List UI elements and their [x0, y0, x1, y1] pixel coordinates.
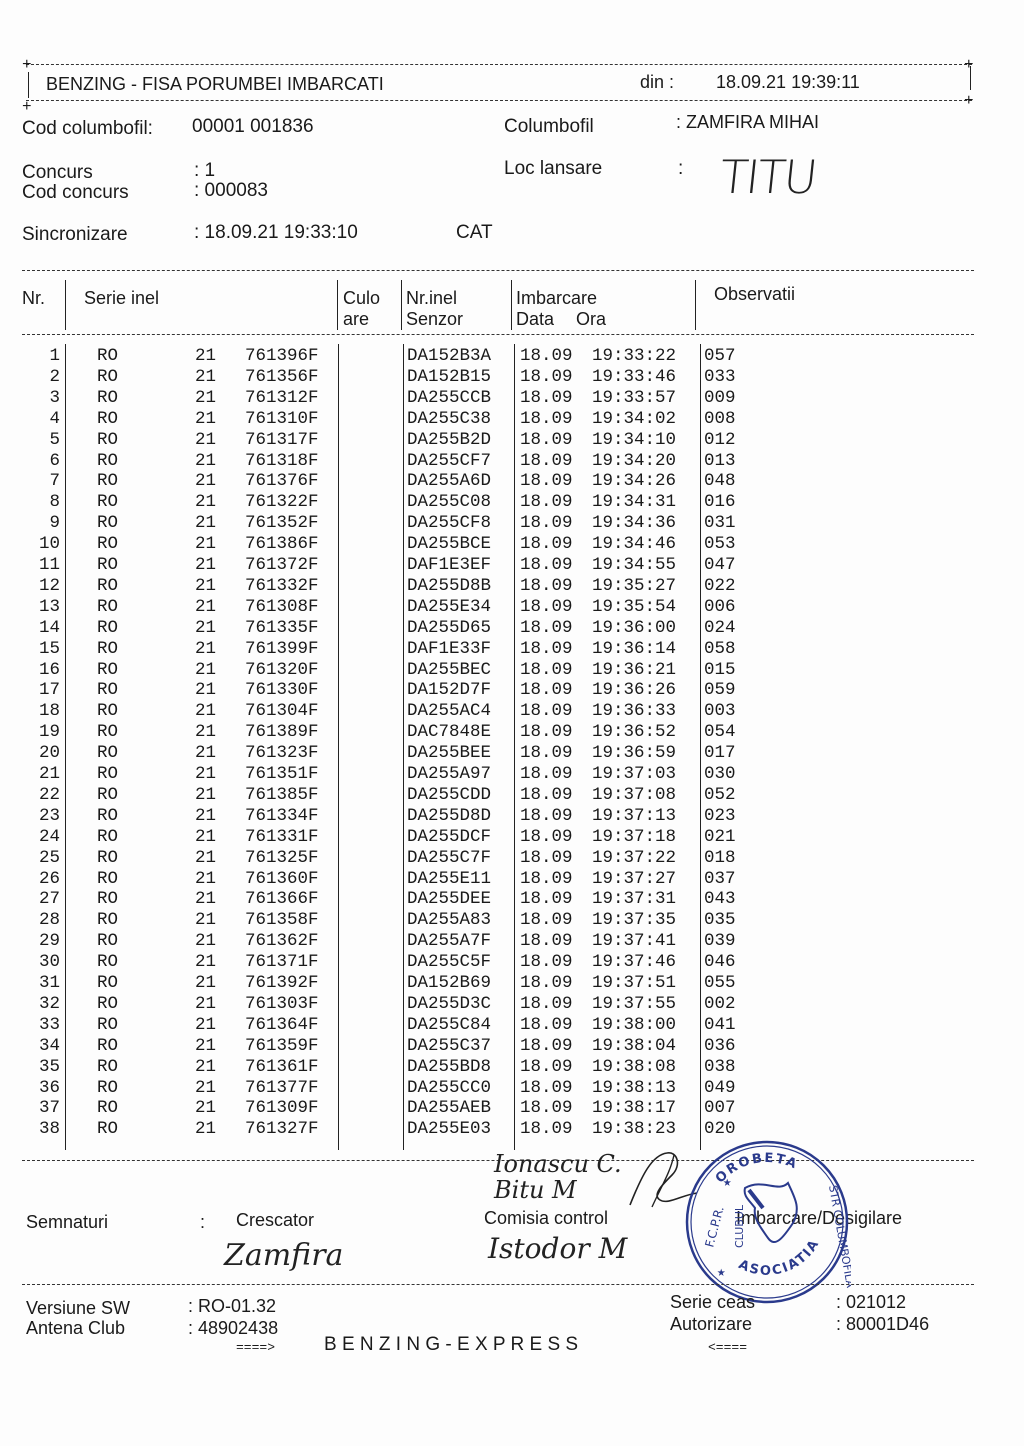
row-ora: 19:38:04: [592, 1036, 676, 1056]
row-data: 18.09: [520, 806, 573, 826]
document-title: BENZING - FISA PORUMBEI IMBARCATI: [46, 74, 384, 95]
table-row: 12 RO 21 761332F DA255D8B 18.09 19:35:27…: [0, 576, 1024, 597]
handwritten-name-3: Istodor M: [488, 1232, 627, 1265]
row-data: 18.09: [520, 952, 573, 972]
row-nr: 36: [0, 1078, 60, 1098]
row-year: 21: [195, 618, 216, 638]
row-year: 21: [195, 701, 216, 721]
row-obs: 058: [704, 639, 736, 659]
row-nr: 37: [0, 1098, 60, 1118]
row-data: 18.09: [520, 994, 573, 1014]
table-row: 27 RO 21 761366F DA255DEE 18.09 19:37:31…: [0, 889, 1024, 910]
table-row: 5 RO 21 761317F DA255B2D 18.09 19:34:10 …: [0, 430, 1024, 451]
row-country: RO: [97, 388, 118, 408]
table-row: 21 RO 21 761351F DA255A97 18.09 19:37:03…: [0, 764, 1024, 785]
row-country: RO: [97, 952, 118, 972]
row-data: 18.09: [520, 576, 573, 596]
row-serie: 761317F: [245, 430, 319, 450]
row-obs: 041: [704, 1015, 736, 1035]
row-nr: 2: [0, 367, 60, 387]
row-obs: 047: [704, 555, 736, 575]
table-row: 38 RO 21 761327F DA255E03 18.09 19:38:23…: [0, 1119, 1024, 1140]
row-serie: 761331F: [245, 827, 319, 847]
table-row: 34 RO 21 761359F DA255C37 18.09 19:38:04…: [0, 1036, 1024, 1057]
row-data: 18.09: [520, 680, 573, 700]
row-nr: 5: [0, 430, 60, 450]
loc-lansare-handwritten: TITU: [717, 150, 818, 204]
table-row: 16 RO 21 761320F DA255BEC 18.09 19:36:21…: [0, 660, 1024, 681]
crescator-signature: Zamfira: [224, 1238, 343, 1273]
row-serie: 761360F: [245, 869, 319, 889]
row-obs: 023: [704, 806, 736, 826]
row-obs: 002: [704, 994, 736, 1014]
table-row: 35 RO 21 761361F DA255BD8 18.09 19:38:08…: [0, 1057, 1024, 1078]
header-top-border: [26, 64, 972, 65]
row-senzor: DA255E34: [407, 597, 491, 617]
row-serie: 761362F: [245, 931, 319, 951]
table-row: 8 RO 21 761322F DA255C08 18.09 19:34:31 …: [0, 492, 1024, 513]
row-country: RO: [97, 597, 118, 617]
table-row: 3 RO 21 761312F DA255CCB 18.09 19:33:57 …: [0, 388, 1024, 409]
table-row: 28 RO 21 761358F DA255A83 18.09 19:37:35…: [0, 910, 1024, 931]
row-data: 18.09: [520, 430, 573, 450]
row-serie: 761320F: [245, 660, 319, 680]
brand-name: B E N Z I N G - E X P R E S S: [324, 1334, 578, 1356]
row-nr: 10: [0, 534, 60, 554]
row-ora: 19:36:26: [592, 680, 676, 700]
row-senzor: DA255B2D: [407, 430, 491, 450]
row-ora: 19:38:08: [592, 1057, 676, 1077]
row-obs: 035: [704, 910, 736, 930]
cod-columbofil-label: Cod columbofil:: [22, 118, 153, 140]
row-ora: 19:37:55: [592, 994, 676, 1014]
row-obs: 059: [704, 680, 736, 700]
table-row: 24 RO 21 761331F DA255DCF 18.09 19:37:18…: [0, 827, 1024, 848]
row-senzor: DA255A83: [407, 910, 491, 930]
row-nr: 6: [0, 451, 60, 471]
row-data: 18.09: [520, 367, 573, 387]
club-stamp-icon: OROBETA ASOCIATIA F.C.P.R. CLUBUL STR CO…: [683, 1138, 851, 1306]
row-ora: 19:34:46: [592, 534, 676, 554]
row-data: 18.09: [520, 1057, 573, 1077]
svg-text:CLUBUL: CLUBUL: [733, 1204, 746, 1248]
sincronizare-label: Sincronizare: [22, 224, 128, 246]
table-row: 33 RO 21 761364F DA255C84 18.09 19:38:00…: [0, 1015, 1024, 1036]
row-nr: 38: [0, 1119, 60, 1139]
row-year: 21: [195, 1119, 216, 1139]
row-nr: 28: [0, 910, 60, 930]
row-nr: 32: [0, 994, 60, 1014]
row-obs: 046: [704, 952, 736, 972]
row-country: RO: [97, 639, 118, 659]
row-nr: 11: [0, 555, 60, 575]
row-country: RO: [97, 973, 118, 993]
row-year: 21: [195, 1036, 216, 1056]
autorizare-value: : 80001D46: [836, 1314, 929, 1335]
row-data: 18.09: [520, 848, 573, 868]
header-left-border: [28, 72, 29, 98]
row-country: RO: [97, 743, 118, 763]
row-serie: 761332F: [245, 576, 319, 596]
row-ora: 19:37:31: [592, 889, 676, 909]
row-ora: 19:36:00: [592, 618, 676, 638]
row-data: 18.09: [520, 639, 573, 659]
row-senzor: DA255D3C: [407, 994, 491, 1014]
row-nr: 8: [0, 492, 60, 512]
row-nr: 34: [0, 1036, 60, 1056]
row-data: 18.09: [520, 555, 573, 575]
row-ora: 19:36:14: [592, 639, 676, 659]
row-obs: 033: [704, 367, 736, 387]
signatures-bottom-border: [22, 1284, 974, 1285]
row-year: 21: [195, 994, 216, 1014]
row-country: RO: [97, 555, 118, 575]
row-ora: 19:37:22: [592, 848, 676, 868]
row-country: RO: [97, 1078, 118, 1098]
row-nr: 16: [0, 660, 60, 680]
row-nr: 15: [0, 639, 60, 659]
row-senzor: DA255A7F: [407, 931, 491, 951]
row-ora: 19:38:00: [592, 1015, 676, 1035]
header-ora: Ora: [576, 309, 606, 330]
col-divider: [511, 280, 512, 330]
row-year: 21: [195, 848, 216, 868]
row-year: 21: [195, 806, 216, 826]
table-row: 9 RO 21 761352F DA255CF8 18.09 19:34:36 …: [0, 513, 1024, 534]
table-row: 37 RO 21 761309F DA255AEB 18.09 19:38:17…: [0, 1098, 1024, 1119]
header-nr-inel: Nr.inel: [406, 288, 457, 309]
row-ora: 19:34:31: [592, 492, 676, 512]
row-ora: 19:34:36: [592, 513, 676, 533]
row-ora: 19:34:10: [592, 430, 676, 450]
row-senzor: DA255C84: [407, 1015, 491, 1035]
row-ora: 19:37:35: [592, 910, 676, 930]
row-country: RO: [97, 367, 118, 387]
row-ora: 19:37:13: [592, 806, 676, 826]
row-serie: 761361F: [245, 1057, 319, 1077]
row-senzor: DA255CDD: [407, 785, 491, 805]
row-obs: 055: [704, 973, 736, 993]
row-serie: 761389F: [245, 722, 319, 742]
loc-lansare-label: Loc lansare: [504, 158, 602, 180]
row-data: 18.09: [520, 701, 573, 721]
row-obs: 036: [704, 1036, 736, 1056]
loc-lansare-colon: :: [678, 158, 683, 180]
table-row: 26 RO 21 761360F DA255E11 18.09 19:37:27…: [0, 869, 1024, 890]
cod-columbofil-value: 00001 001836: [192, 116, 314, 138]
row-country: RO: [97, 806, 118, 826]
row-senzor: DA255C7F: [407, 848, 491, 868]
row-serie: 761335F: [245, 618, 319, 638]
serie-ceas-value: : 021012: [836, 1292, 906, 1313]
table-row: 14 RO 21 761335F DA255D65 18.09 19:36:00…: [0, 618, 1024, 639]
col-divider: [695, 280, 696, 330]
row-year: 21: [195, 1015, 216, 1035]
row-country: RO: [97, 1057, 118, 1077]
row-obs: 009: [704, 388, 736, 408]
row-country: RO: [97, 889, 118, 909]
row-data: 18.09: [520, 764, 573, 784]
row-year: 21: [195, 492, 216, 512]
row-country: RO: [97, 618, 118, 638]
row-ora: 19:34:55: [592, 555, 676, 575]
table-row: 10 RO 21 761386F DA255BCE 18.09 19:34:46…: [0, 534, 1024, 555]
row-year: 21: [195, 827, 216, 847]
table-row: 15 RO 21 761399F DAF1E33F 18.09 19:36:14…: [0, 639, 1024, 660]
row-year: 21: [195, 471, 216, 491]
versiune-sw-value: : RO-01.32: [188, 1296, 276, 1317]
row-year: 21: [195, 597, 216, 617]
row-senzor: DAF1E3EF: [407, 555, 491, 575]
table-row: 13 RO 21 761308F DA255E34 18.09 19:35:54…: [0, 597, 1024, 618]
row-serie: 761309F: [245, 1098, 319, 1118]
row-data: 18.09: [520, 492, 573, 512]
columbofil-label: Columbofil: [504, 116, 594, 138]
row-obs: 030: [704, 764, 736, 784]
header-nr: Nr.: [22, 288, 45, 309]
row-ora: 19:34:02: [592, 409, 676, 429]
row-obs: 052: [704, 785, 736, 805]
row-data: 18.09: [520, 471, 573, 491]
table-row: 36 RO 21 761377F DA255CC0 18.09 19:38:13…: [0, 1078, 1024, 1099]
col-divider: [401, 280, 402, 330]
row-year: 21: [195, 451, 216, 471]
row-ora: 19:35:54: [592, 597, 676, 617]
row-data: 18.09: [520, 597, 573, 617]
row-year: 21: [195, 1057, 216, 1077]
row-ora: 19:37:03: [592, 764, 676, 784]
row-serie: 761323F: [245, 743, 319, 763]
row-country: RO: [97, 722, 118, 742]
table-row: 11 RO 21 761372F DAF1E3EF 18.09 19:34:55…: [0, 555, 1024, 576]
row-year: 21: [195, 889, 216, 909]
row-obs: 049: [704, 1078, 736, 1098]
corner-plus: +: [964, 56, 974, 74]
row-serie: 761366F: [245, 889, 319, 909]
row-data: 18.09: [520, 869, 573, 889]
row-serie: 761322F: [245, 492, 319, 512]
brand-arrow-right: <====: [708, 1340, 747, 1355]
table-row: 23 RO 21 761334F DA255D8D 18.09 19:37:13…: [0, 806, 1024, 827]
row-data: 18.09: [520, 1036, 573, 1056]
row-data: 18.09: [520, 1015, 573, 1035]
col-divider: [65, 280, 66, 330]
row-obs: 013: [704, 451, 736, 471]
row-ora: 19:36:33: [592, 701, 676, 721]
row-serie: 761312F: [245, 388, 319, 408]
row-senzor: DA255CC0: [407, 1078, 491, 1098]
table-row: 4 RO 21 761310F DA255C38 18.09 19:34:02 …: [0, 409, 1024, 430]
row-ora: 19:34:26: [592, 471, 676, 491]
row-serie: 761376F: [245, 471, 319, 491]
brand-arrow-left: ====>: [236, 1340, 275, 1355]
row-year: 21: [195, 660, 216, 680]
row-country: RO: [97, 680, 118, 700]
row-senzor: DA255C08: [407, 492, 491, 512]
row-country: RO: [97, 1098, 118, 1118]
concurs-label: Concurs: [22, 162, 93, 184]
row-year: 21: [195, 722, 216, 742]
corner-plus: +: [964, 92, 974, 110]
row-year: 21: [195, 973, 216, 993]
row-nr: 27: [0, 889, 60, 909]
row-nr: 19: [0, 722, 60, 742]
crescator-label: Crescator: [236, 1210, 314, 1231]
row-nr: 23: [0, 806, 60, 826]
row-obs: 018: [704, 848, 736, 868]
header-observatii: Observatii: [714, 284, 795, 305]
table-row: 18 RO 21 761304F DA255AC4 18.09 19:36:33…: [0, 701, 1024, 722]
row-senzor: DA255CCB: [407, 388, 491, 408]
cod-concurs-label: Cod concurs: [22, 182, 129, 204]
row-obs: 024: [704, 618, 736, 638]
header-right-border: [970, 66, 971, 90]
row-year: 21: [195, 785, 216, 805]
row-obs: 048: [704, 471, 736, 491]
row-serie: 761308F: [245, 597, 319, 617]
row-serie: 761385F: [245, 785, 319, 805]
row-data: 18.09: [520, 534, 573, 554]
handwritten-name-2: Bitu M: [494, 1176, 577, 1204]
row-year: 21: [195, 639, 216, 659]
svg-text:F.C.P.R.: F.C.P.R.: [702, 1205, 726, 1249]
row-country: RO: [97, 1036, 118, 1056]
row-data: 18.09: [520, 889, 573, 909]
table-row: 31 RO 21 761392F DA152B69 18.09 19:37:51…: [0, 973, 1024, 994]
row-obs: 022: [704, 576, 736, 596]
row-serie: 761371F: [245, 952, 319, 972]
row-nr: 29: [0, 931, 60, 951]
row-serie: 761396F: [245, 346, 319, 366]
row-year: 21: [195, 680, 216, 700]
row-obs: 031: [704, 513, 736, 533]
cod-concurs-value: : 000083: [194, 180, 268, 202]
row-serie: 761318F: [245, 451, 319, 471]
table-row: 25 RO 21 761325F DA255C7F 18.09 19:37:22…: [0, 848, 1024, 869]
serie-ceas-label: Serie ceas: [670, 1292, 755, 1313]
row-nr: 22: [0, 785, 60, 805]
row-ora: 19:37:08: [592, 785, 676, 805]
row-country: RO: [97, 513, 118, 533]
row-obs: 057: [704, 346, 736, 366]
row-data: 18.09: [520, 618, 573, 638]
row-country: RO: [97, 430, 118, 450]
row-data: 18.09: [520, 910, 573, 930]
row-senzor: DAC7848E: [407, 722, 491, 742]
row-senzor: DA255D65: [407, 618, 491, 638]
row-ora: 19:37:51: [592, 973, 676, 993]
row-nr: 21: [0, 764, 60, 784]
row-obs: 016: [704, 492, 736, 512]
row-country: RO: [97, 1119, 118, 1139]
row-serie: 761330F: [245, 680, 319, 700]
semnaturi-label: Semnaturi: [26, 1212, 108, 1233]
row-data: 18.09: [520, 451, 573, 471]
row-country: RO: [97, 534, 118, 554]
row-ora: 19:38:13: [592, 1078, 676, 1098]
antena-club-value: : 48902438: [188, 1318, 278, 1339]
table-row: 20 RO 21 761323F DA255BEE 18.09 19:36:59…: [0, 743, 1024, 764]
header-imbarcare: Imbarcare: [516, 288, 597, 309]
row-serie: 761364F: [245, 1015, 319, 1035]
row-data: 18.09: [520, 346, 573, 366]
row-ora: 19:33:22: [592, 346, 676, 366]
row-nr: 33: [0, 1015, 60, 1035]
row-obs: 012: [704, 430, 736, 450]
row-year: 21: [195, 869, 216, 889]
row-country: RO: [97, 910, 118, 930]
row-year: 21: [195, 346, 216, 366]
row-nr: 14: [0, 618, 60, 638]
row-nr: 24: [0, 827, 60, 847]
row-senzor: DA255BEC: [407, 660, 491, 680]
svg-text:★: ★: [717, 1265, 726, 1281]
row-data: 18.09: [520, 1078, 573, 1098]
row-obs: 021: [704, 827, 736, 847]
row-serie: 761334F: [245, 806, 319, 826]
row-senzor: DA152D7F: [407, 680, 491, 700]
row-serie: 761304F: [245, 701, 319, 721]
row-serie: 761359F: [245, 1036, 319, 1056]
table-row: 6 RO 21 761318F DA255CF7 18.09 19:34:20 …: [0, 451, 1024, 472]
row-serie: 761358F: [245, 910, 319, 930]
row-nr: 30: [0, 952, 60, 972]
row-nr: 17: [0, 680, 60, 700]
row-country: RO: [97, 576, 118, 596]
din-timestamp: 18.09.21 19:39:11: [716, 72, 860, 93]
row-obs: 020: [704, 1119, 736, 1139]
row-nr: 13: [0, 597, 60, 617]
row-year: 21: [195, 764, 216, 784]
row-serie: 761325F: [245, 848, 319, 868]
table-row: 1 RO 21 761396F DA152B3A 18.09 19:33:22 …: [0, 346, 1024, 367]
row-year: 21: [195, 534, 216, 554]
row-senzor: DAF1E33F: [407, 639, 491, 659]
antena-club-label: Antena Club: [26, 1318, 125, 1339]
row-country: RO: [97, 764, 118, 784]
svg-text:ASOCIATIA: ASOCIATIA: [736, 1236, 823, 1279]
row-senzor: DA255CF7: [407, 451, 491, 471]
row-senzor: DA255E11: [407, 869, 491, 889]
row-serie: 761327F: [245, 1119, 319, 1139]
row-country: RO: [97, 346, 118, 366]
row-nr: 12: [0, 576, 60, 596]
row-nr: 26: [0, 869, 60, 889]
header-culoare-1: Culo: [343, 288, 380, 309]
row-nr: 1: [0, 346, 60, 366]
row-country: RO: [97, 409, 118, 429]
row-ora: 19:38:17: [592, 1098, 676, 1118]
row-senzor: DA255DCF: [407, 827, 491, 847]
row-year: 21: [195, 430, 216, 450]
row-data: 18.09: [520, 1119, 573, 1139]
row-data: 18.09: [520, 722, 573, 742]
row-data: 18.09: [520, 660, 573, 680]
row-senzor: DA255A6D: [407, 471, 491, 491]
autorizare-label: Autorizare: [670, 1314, 752, 1335]
row-senzor: DA255CF8: [407, 513, 491, 533]
svg-text:★: ★: [723, 1175, 732, 1191]
semnaturi-colon: :: [200, 1212, 205, 1233]
row-data: 18.09: [520, 513, 573, 533]
row-obs: 017: [704, 743, 736, 763]
din-label: din :: [640, 72, 674, 93]
row-senzor: DA255BCE: [407, 534, 491, 554]
row-nr: 7: [0, 471, 60, 491]
row-nr: 4: [0, 409, 60, 429]
row-obs: 007: [704, 1098, 736, 1118]
table-row: 32 RO 21 761303F DA255D3C 18.09 19:37:55…: [0, 994, 1024, 1015]
